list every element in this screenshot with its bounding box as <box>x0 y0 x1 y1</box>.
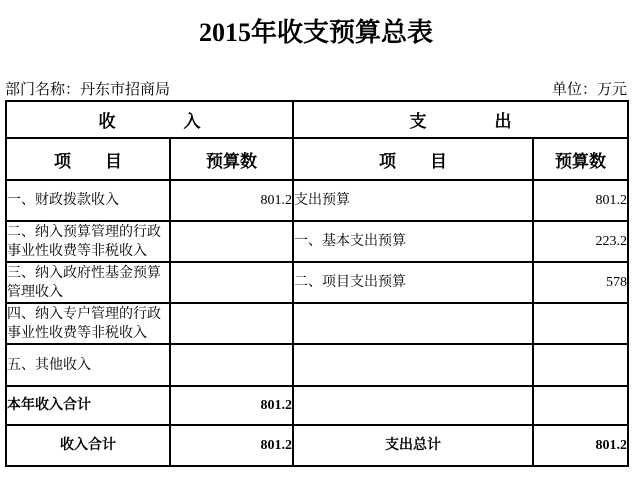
expense-budget-cell: 578 <box>533 262 628 303</box>
income-item-cell: 二、纳入预算管理的行政事业性收费等非税收入 <box>6 221 170 262</box>
table-row: 五、其他收入 <box>6 344 628 386</box>
expense-item-cell: 支出预算 <box>293 180 533 221</box>
department-label: 部门名称：丹东市招商局 <box>5 81 170 100</box>
expense-budget-cell: 801.2 <box>533 180 628 221</box>
income-budget-cell <box>170 221 293 262</box>
income-budget-cell: 801.2 <box>170 386 293 425</box>
income-budget-cell: 801.2 <box>170 180 293 221</box>
expense-item-column-header: 项 目 <box>293 138 533 180</box>
expense-item-cell <box>293 303 533 344</box>
income-item-cell: 四、纳入专户管理的行政事业性收费等非税收入 <box>6 303 170 344</box>
expense-budget-cell <box>533 344 628 386</box>
expense-budget-cell <box>533 386 628 425</box>
income-budget-cell <box>170 262 293 303</box>
table-row: 三、纳入政府性基金预算管理收入 二、项目支出预算 578 <box>6 262 628 303</box>
table-row: 二、纳入预算管理的行政事业性收费等非税收入 一、基本支出预算 223.2 <box>6 221 628 262</box>
expense-item-cell: 二、项目支出预算 <box>293 262 533 303</box>
expense-total-value-cell: 801.2 <box>533 425 628 466</box>
unit-label: 单位：万元 <box>552 81 627 100</box>
expense-section-header: 支 出 <box>293 101 628 138</box>
expense-item-cell <box>293 386 533 425</box>
section-header-row: 收 入 支 出 <box>6 101 628 138</box>
expense-budget-cell <box>533 303 628 344</box>
expense-total-label-cell: 支出总计 <box>293 425 533 466</box>
table-row-grand-total: 收入合计 801.2 支出总计 801.2 <box>6 425 628 466</box>
income-item-column-header: 项 目 <box>6 138 170 180</box>
budget-table: 收 入 支 出 项 目 预算数 项 目 预算数 一、财政拨款收入 801.2 支… <box>5 100 629 467</box>
income-total-label-cell: 收入合计 <box>6 425 170 466</box>
table-row: 一、财政拨款收入 801.2 支出预算 801.2 <box>6 180 628 221</box>
expense-budget-cell: 223.2 <box>533 221 628 262</box>
column-header-row: 项 目 预算数 项 目 预算数 <box>6 138 628 180</box>
expense-item-cell: 一、基本支出预算 <box>293 221 533 262</box>
meta-row: 部门名称：丹东市招商局 单位：万元 <box>5 81 627 100</box>
table-row: 四、纳入专户管理的行政事业性收费等非税收入 <box>6 303 628 344</box>
income-item-cell: 五、其他收入 <box>6 344 170 386</box>
income-item-cell: 一、财政拨款收入 <box>6 180 170 221</box>
income-budget-cell <box>170 344 293 386</box>
document-page: 2015年收支预算总表 部门名称：丹东市招商局 单位：万元 收 入 支 出 项 … <box>0 0 632 478</box>
expense-budget-column-header: 预算数 <box>533 138 628 180</box>
income-budget-column-header: 预算数 <box>170 138 293 180</box>
income-item-cell: 三、纳入政府性基金预算管理收入 <box>6 262 170 303</box>
income-budget-cell <box>170 303 293 344</box>
page-title: 2015年收支预算总表 <box>0 16 632 50</box>
income-total-value-cell: 801.2 <box>170 425 293 466</box>
income-section-header: 收 入 <box>6 101 293 138</box>
expense-item-cell <box>293 344 533 386</box>
income-item-cell: 本年收入合计 <box>6 386 170 425</box>
table-row-income-subtotal: 本年收入合计 801.2 <box>6 386 628 425</box>
